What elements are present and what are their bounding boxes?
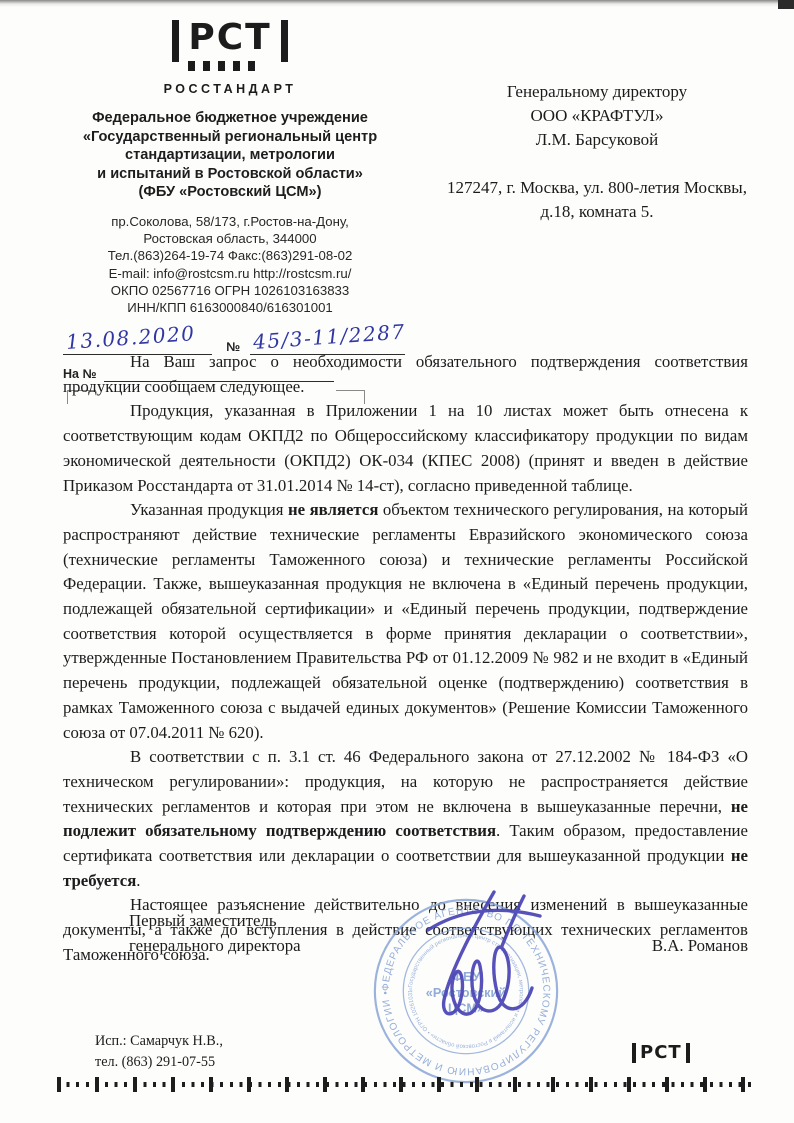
executor-line: тел. (863) 291-07-55 xyxy=(95,1052,223,1073)
footer-barcode-strip xyxy=(57,1077,757,1092)
handwritten-number: 45/3-11/2287 xyxy=(252,320,406,355)
organization-requisites: пр.Соколова, 58/173, г.Ростов-на-Дону, Р… xyxy=(55,213,405,316)
letter-page: РСТ РОССТАНДАРТ Федеральное бюджетное уч… xyxy=(0,0,794,1123)
body-paragraph-3: Указанная продукция не является объектом… xyxy=(63,498,748,745)
org-line: Федеральное бюджетное учреждение xyxy=(55,109,405,128)
org-line: и испытаний в Ростовской области» xyxy=(55,165,405,184)
address-line: д.18, комната 5. xyxy=(408,200,786,224)
scan-artifact-corner xyxy=(778,0,794,9)
recipient-line: Л.М. Барсуковой xyxy=(408,128,786,152)
body-paragraph-1: На Ваш запрос о необходимости обязательн… xyxy=(63,350,748,399)
recipient-line: ООО «КРАФТУЛ» xyxy=(408,104,786,128)
executor-line: Исп.: Самарчук Н.В., xyxy=(95,1031,223,1052)
logo-barcode-dots xyxy=(188,61,271,71)
logo-bar-right xyxy=(281,20,288,62)
requisite-line: Тел.(863)264-19-74 Факс:(863)291-08-02 xyxy=(55,247,405,264)
footer-rst-logo-icon: РСТ xyxy=(632,1042,690,1063)
signer-position-line: генерального директора xyxy=(129,933,301,958)
organization-name: Федеральное бюджетное учреждение «Госуда… xyxy=(55,109,405,202)
executor-block: Исп.: Самарчук Н.В., тел. (863) 291-07-5… xyxy=(95,1031,223,1073)
logo-letters: РСТ xyxy=(188,20,271,56)
recipient-line: Генеральному директору xyxy=(408,80,786,104)
signer-position-line: Первый заместитель xyxy=(129,908,301,933)
requisite-line: E-mail: info@rostcsm.ru http://rostcsm.r… xyxy=(55,265,405,282)
org-line: стандартизации, метрологии xyxy=(55,146,405,165)
body-paragraph-4: В соответствии с п. 3.1 ст. 46 Федеральн… xyxy=(63,745,748,893)
footer-logo-letters: РСТ xyxy=(640,1042,682,1063)
requisite-line: Ростовская область, 344000 xyxy=(55,230,405,247)
letterhead: РСТ РОССТАНДАРТ Федеральное бюджетное уч… xyxy=(55,20,405,406)
rosstandart-logo-icon: РСТ РОССТАНДАРТ xyxy=(164,20,297,96)
body-paragraph-2: Продукция, указанная в Приложении 1 на 1… xyxy=(63,399,748,498)
recipient-address: 127247, г. Москва, ул. 800-летия Москвы,… xyxy=(408,176,786,224)
logo-caption: РОССТАНДАРТ xyxy=(164,82,297,96)
requisite-line: пр.Соколова, 58/173, г.Ростов-на-Дону, xyxy=(55,213,405,230)
requisite-line: ОКПО 02567716 ОГРН 1026103163833 xyxy=(55,282,405,299)
footer-logo-bar-right xyxy=(686,1043,690,1063)
address-line: 127247, г. Москва, ул. 800-летия Москвы, xyxy=(408,176,786,200)
requisite-line: ИНН/КПП 6163000840/616301001 xyxy=(55,299,405,316)
org-line: (ФБУ «Ростовский ЦСМ») xyxy=(55,183,405,202)
letter-body: На Ваш запрос о необходимости обязательн… xyxy=(63,350,748,968)
org-line: «Государственный региональный центр xyxy=(55,128,405,147)
logo-bar-left xyxy=(172,20,179,62)
recipient-block: Генеральному директору ООО «КРАФТУЛ» Л.М… xyxy=(408,80,786,224)
signer-name: В.А. Романов xyxy=(652,933,748,958)
footer-logo-bar-left xyxy=(632,1043,636,1063)
handwritten-signature xyxy=(398,886,568,1046)
signer-position: Первый заместитель генерального директор… xyxy=(129,908,301,958)
scan-shadow-top xyxy=(0,0,794,7)
